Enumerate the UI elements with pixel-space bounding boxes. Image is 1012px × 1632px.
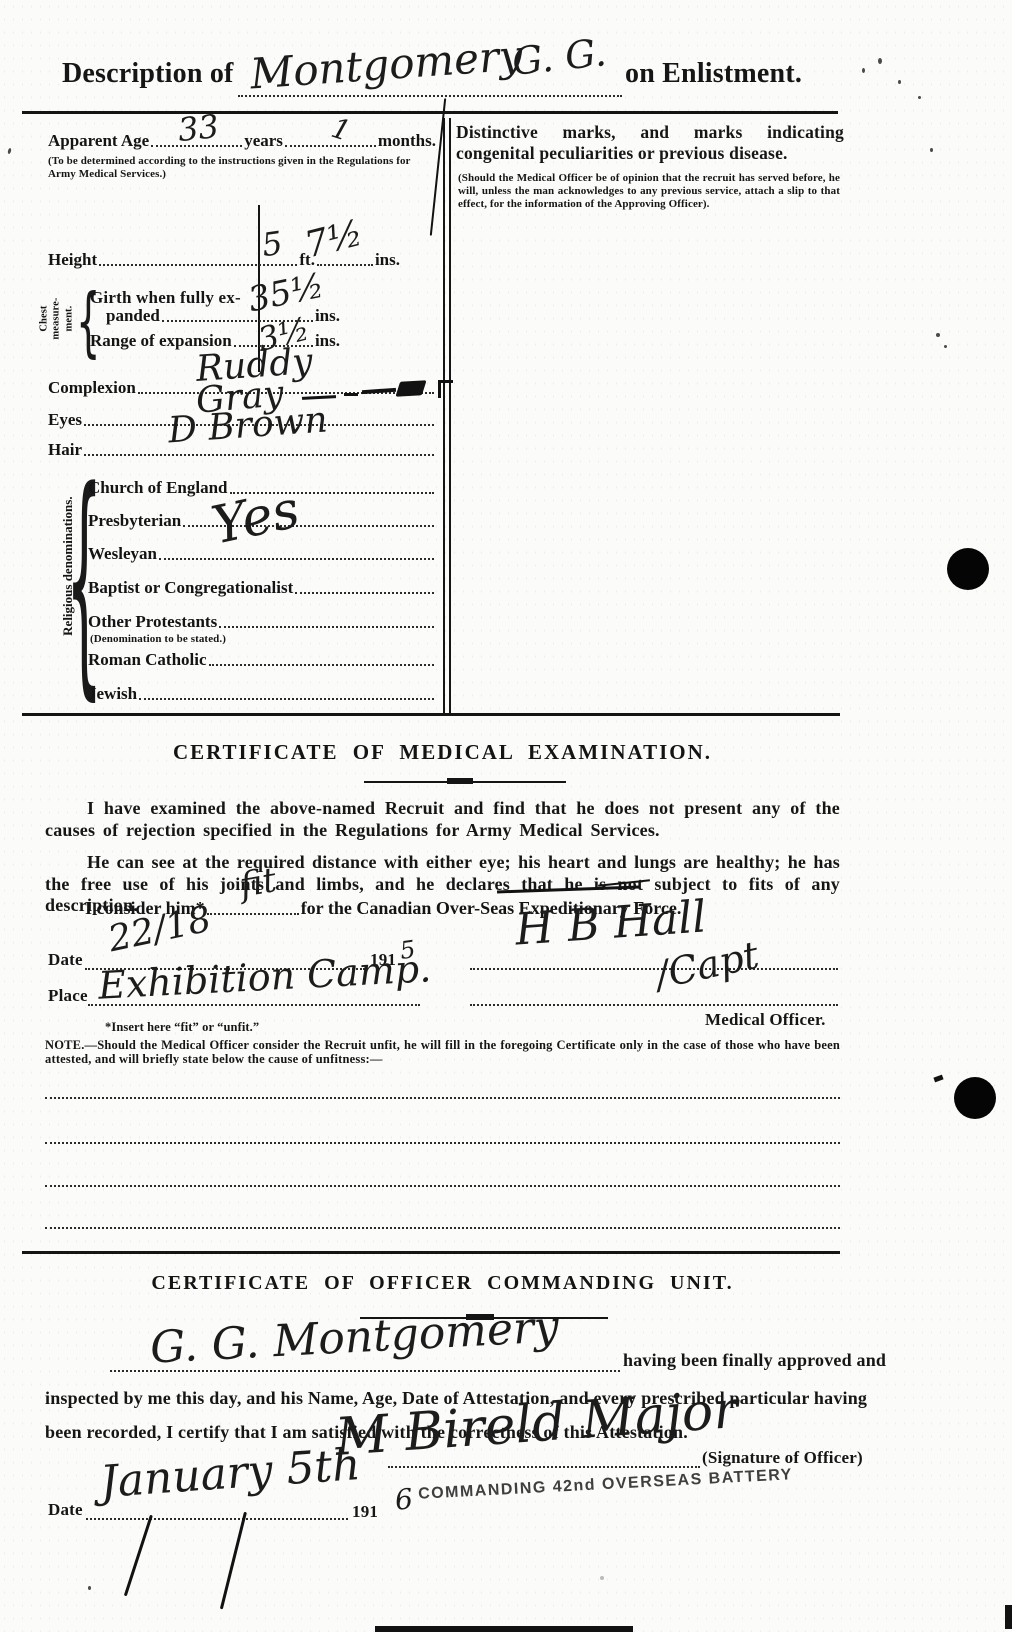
- consider-blank: [207, 913, 299, 915]
- med-rank-blank: [470, 1004, 838, 1006]
- religion-item-label: Other Protestants: [88, 612, 217, 632]
- oc-signature-blank: [388, 1466, 700, 1468]
- years-unit: years: [244, 131, 283, 151]
- attestation-form-scan: Description of Montgomery G. G. on Enlis…: [0, 0, 1012, 1632]
- religion-row-baptist: Baptist or Congregationalist: [88, 578, 436, 598]
- blank-line-3: [45, 1185, 840, 1187]
- recruit-surname-handwritten: Montgomery: [249, 35, 524, 96]
- scan-speck: [930, 148, 933, 152]
- religion-blank: [219, 626, 434, 628]
- height-label: Height: [48, 250, 97, 270]
- column-divider-2: [449, 118, 451, 715]
- med-place-label: Place: [48, 986, 88, 1006]
- scan-speck: [7, 148, 11, 155]
- oc-year-printed: 191: [352, 1502, 378, 1522]
- oc-recruit-name: G. G. Montgomery: [149, 1305, 560, 1370]
- punch-hole-bottom: [954, 1077, 996, 1119]
- header-prefix: Description of: [62, 58, 234, 90]
- girth-label-line2: panded: [106, 306, 160, 326]
- header-suffix: on Enlistment.: [625, 58, 802, 90]
- scan-speck: [918, 96, 921, 99]
- months-unit: months.: [378, 131, 436, 151]
- apparent-age-row: Apparent Age years months.: [48, 131, 436, 151]
- age-months-blank: [285, 145, 376, 147]
- distinctive-marks-note: (Should the Medical Officer be of opinio…: [458, 172, 840, 211]
- religion-blank: [159, 558, 434, 560]
- age-years-value: 33: [176, 110, 220, 146]
- recruit-initials-handwritten: G. G.: [510, 33, 608, 81]
- scan-edge-mark: [1005, 1605, 1012, 1629]
- religion-item-label: Wesleyan: [88, 544, 157, 564]
- scan-speck: [944, 345, 947, 348]
- unfitness-note: NOTE.—Should the Medical Officer conside…: [45, 1038, 840, 1067]
- complexion-label: Complexion: [48, 378, 136, 398]
- religion-row-roman-catholic: Roman Catholic: [88, 650, 436, 670]
- height-ins-blank: [317, 264, 373, 266]
- eyes-label: Eyes: [48, 410, 82, 430]
- scan-speck: [936, 333, 940, 337]
- range-unit: ins.: [315, 331, 340, 351]
- ink-stroke: [124, 1515, 153, 1597]
- header-name-line: [238, 95, 622, 97]
- other-protestants-note: (Denomination to be stated.): [90, 633, 226, 646]
- scan-mark: [933, 1075, 943, 1083]
- ink-dash: [302, 395, 336, 399]
- religion-answer-value: Yes: [208, 483, 304, 552]
- oc-section-rule: [22, 1251, 840, 1254]
- scan-speck: [862, 68, 865, 73]
- religion-blank: [209, 664, 434, 666]
- religion-item-label: Church of England: [88, 478, 228, 498]
- hair-blank: [84, 454, 434, 456]
- title-divider-thick: [447, 778, 473, 784]
- religion-item-label: Presbyterian: [88, 511, 181, 531]
- oc-year-value: 6: [394, 1485, 415, 1515]
- punch-hole-top: [947, 548, 989, 590]
- religion-item-label: Baptist or Congregationalist: [88, 578, 293, 598]
- ink-mark: [438, 380, 453, 398]
- form-bottom-rule: [22, 713, 840, 716]
- scan-bar-bottom: [375, 1626, 633, 1632]
- scan-speck: [600, 1576, 604, 1580]
- header-rule: [22, 111, 838, 114]
- girth-unit: ins.: [315, 306, 340, 326]
- medical-paragraph-1: I have examined the above-named Recruit …: [45, 798, 840, 841]
- scan-speck: [88, 1586, 91, 1590]
- religion-item-label: Roman Catholic: [88, 650, 207, 670]
- religion-row-jewish: Jewish: [88, 684, 436, 704]
- distinctive-marks-title: Distinctive marks, and marks indicating …: [456, 122, 844, 165]
- ink-stroke: [220, 1512, 247, 1610]
- scan-speck: [898, 80, 901, 84]
- height-ins-unit: ins.: [375, 250, 400, 270]
- oc-date-value: January 5th: [99, 1443, 362, 1505]
- girth-label-line1: Girth when fully ex-: [90, 288, 241, 308]
- unit-stamp: COMMANDING 42nd OVERSEAS BATTERY: [418, 1466, 794, 1504]
- oc-signature-label: (Signature of Officer): [702, 1448, 863, 1468]
- oc-date-blank: [86, 1518, 348, 1520]
- ink-dash: [344, 393, 358, 396]
- med-place-value: Exhibition Camp.: [97, 949, 432, 1004]
- medical-officer-signature: H B Hall: [514, 895, 708, 952]
- fit-footnote: *Insert here “fit” or “unfit.”: [105, 1020, 259, 1035]
- scan-speck: [878, 58, 882, 64]
- chest-group-label: Chest measure- ment.: [38, 284, 75, 354]
- apparent-age-note: (To be determined according to the instr…: [48, 155, 440, 181]
- apparent-age-label: Apparent Age: [48, 131, 149, 151]
- blank-line-4: [45, 1227, 840, 1229]
- medical-certificate-title: CERTIFICATE OF MEDICAL EXAMINATION.: [45, 740, 840, 765]
- religion-blank: [139, 698, 434, 700]
- blank-line-2: [45, 1142, 840, 1144]
- height-blank: [99, 264, 297, 266]
- oc-line1-suffix: having been finally approved and: [623, 1350, 886, 1371]
- religion-item-label: Jewish: [88, 684, 137, 704]
- column-divider: [443, 118, 445, 715]
- consider-fit-value: fit: [237, 863, 279, 903]
- oc-date-label: Date: [48, 1500, 83, 1520]
- religion-blank: [295, 592, 434, 594]
- ink-blot: [395, 380, 426, 396]
- medical-officer-title: Medical Officer.: [705, 1010, 826, 1030]
- med-date-label: Date: [48, 950, 83, 970]
- religion-row-other-protestants: Other Protestants: [88, 612, 436, 632]
- blank-line-1: [45, 1097, 840, 1099]
- height-ft-value: 5: [260, 227, 285, 262]
- complexion-blank: [138, 392, 434, 394]
- oc-certificate-title: CERTIFICATE OF OFFICER COMMANDING UNIT.: [45, 1272, 840, 1295]
